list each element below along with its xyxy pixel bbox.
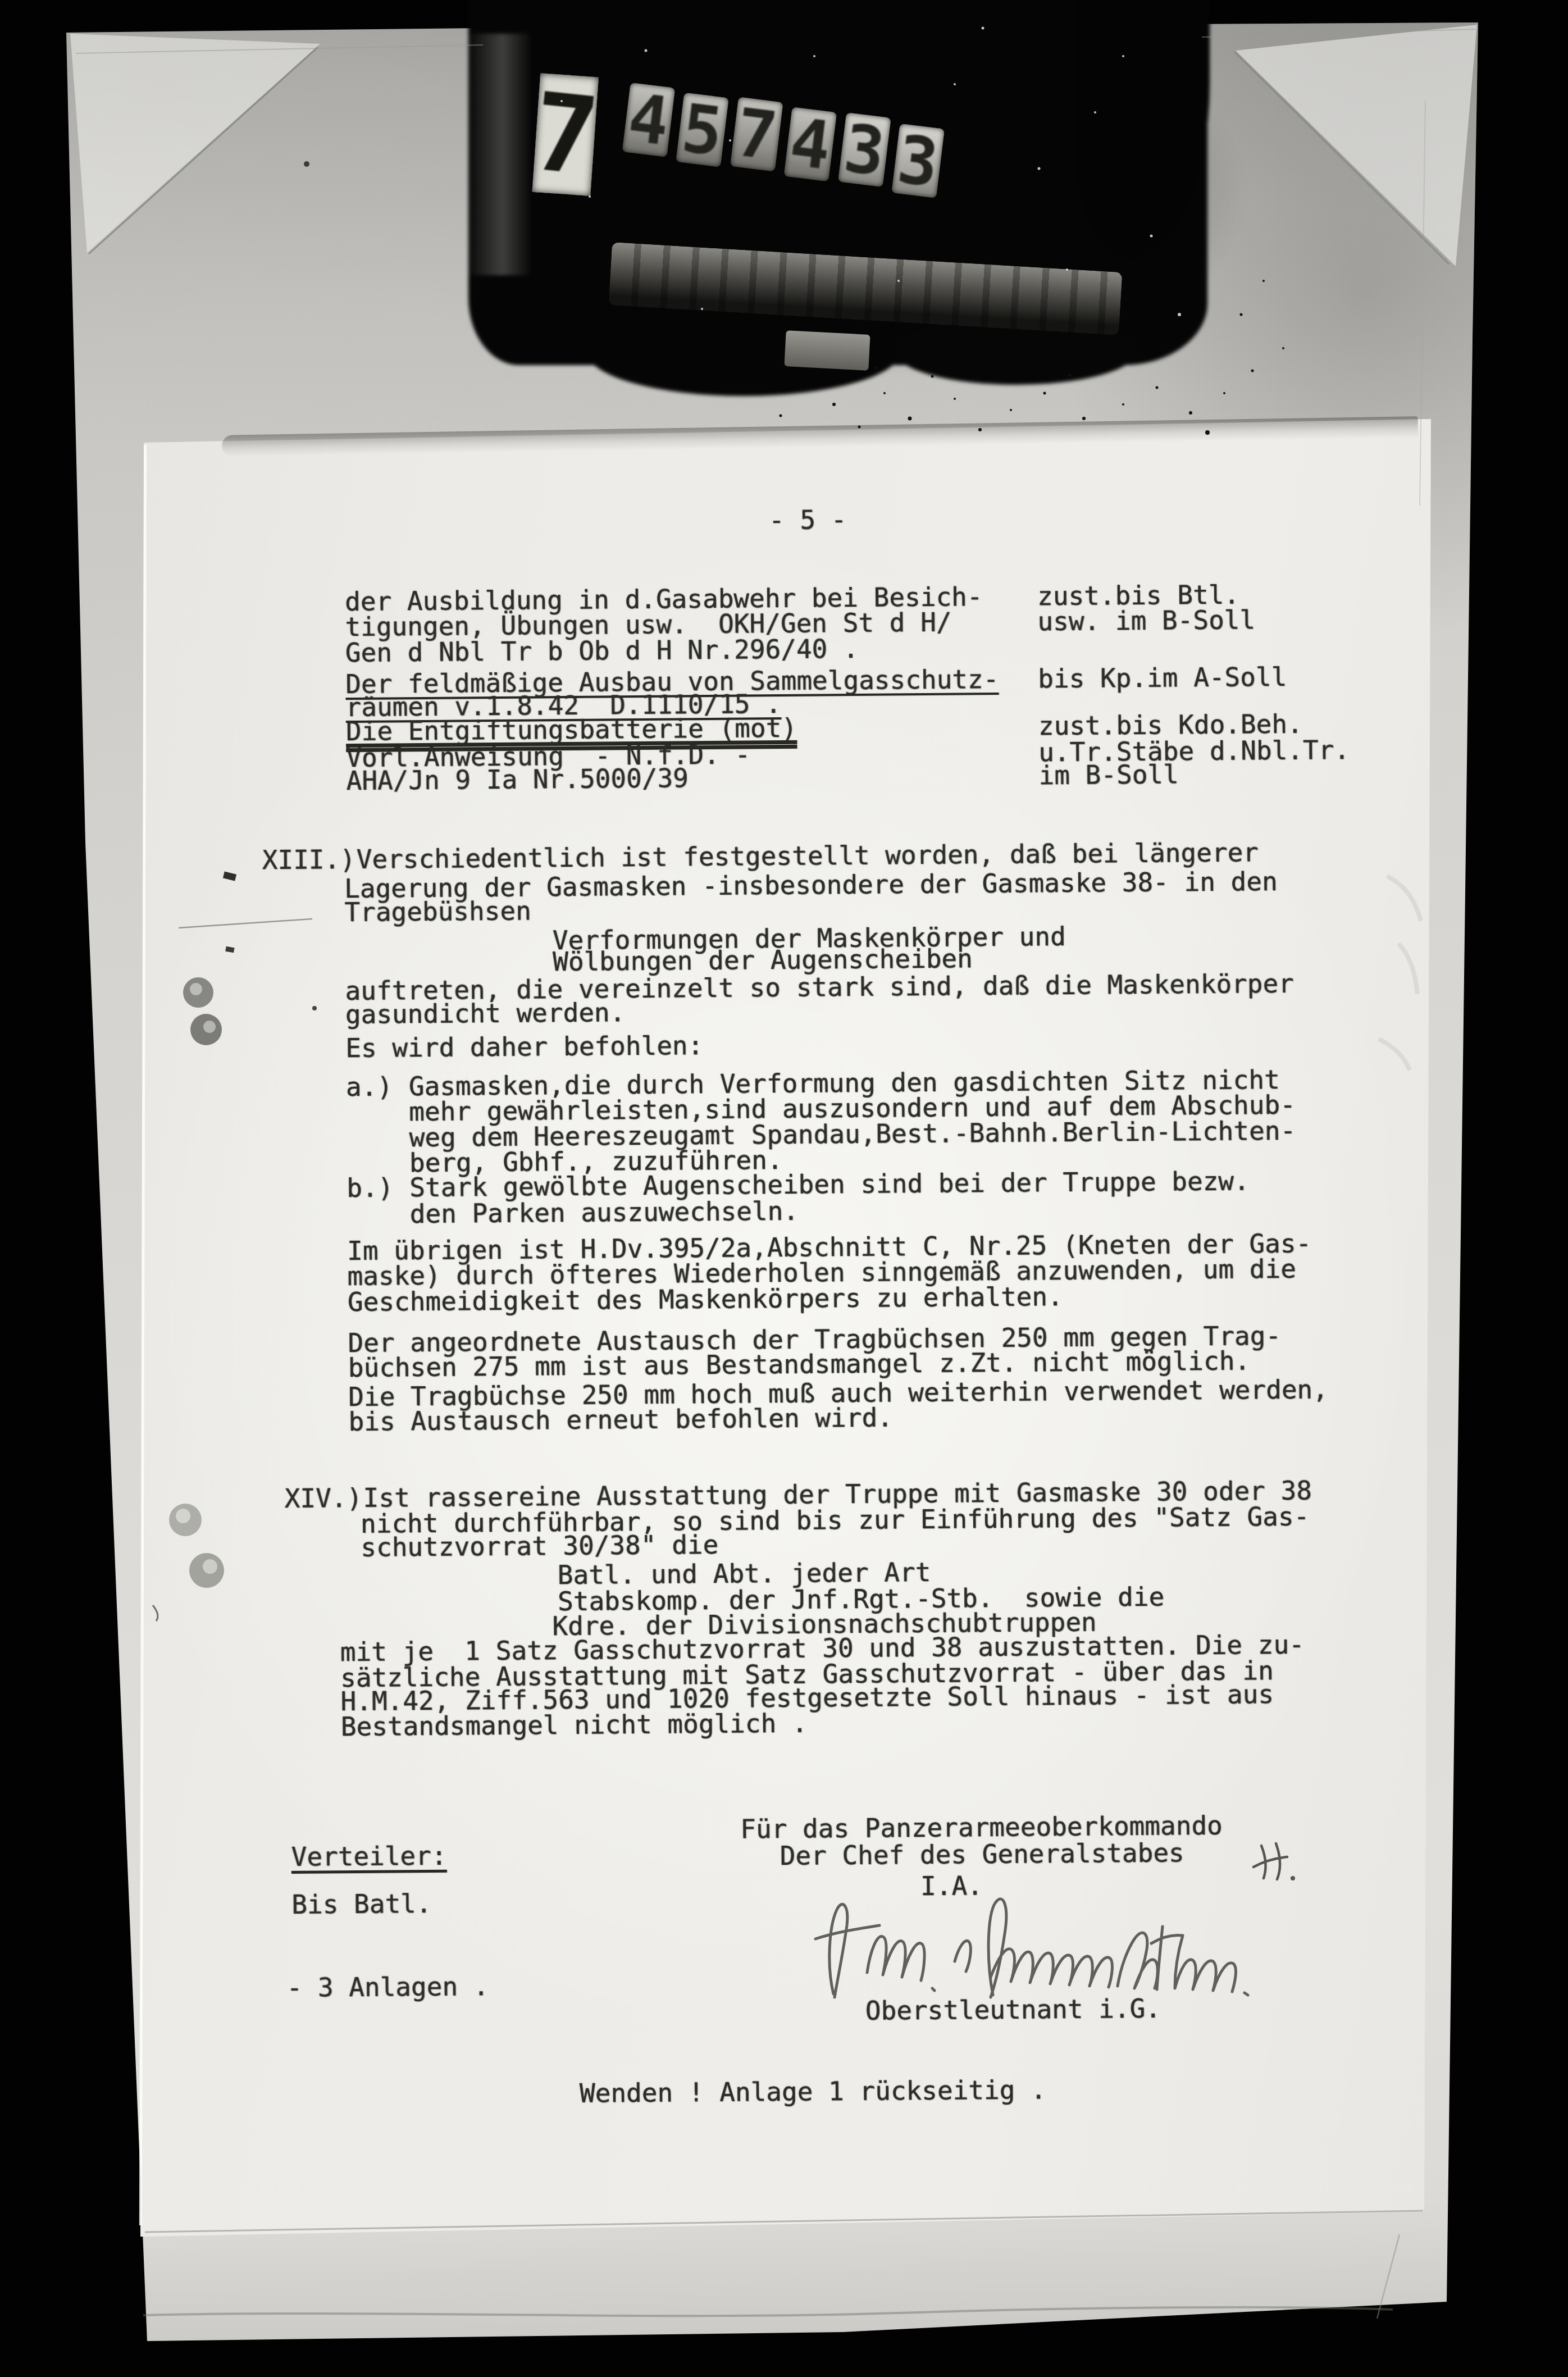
punch-mark-highlight (203, 1559, 217, 1574)
punch-mark-highlight (190, 983, 202, 995)
ink-mark (223, 872, 236, 881)
ink-speck (304, 161, 309, 167)
sheet-bottom-edge (145, 2211, 1423, 2232)
bleed-through (1379, 876, 1421, 1070)
punch-mark-highlight (176, 1509, 190, 1523)
ink-mark (153, 1605, 158, 1621)
punch-mark-highlight (203, 1021, 216, 1033)
signature (815, 1899, 1248, 1997)
crease-line (1377, 2234, 1400, 2319)
dust-specks (749, 280, 1284, 435)
photographed-document: - 5 - der Ausbildung in d.Gasabwehr bei … (0, 0, 1568, 2377)
fold-corner-top-left (70, 34, 320, 253)
scan-artifacts (0, 0, 1568, 2377)
ink-mark (225, 946, 234, 953)
white-specks (560, 27, 1181, 317)
handwritten-initials (1254, 1843, 1295, 1880)
paper-edge-line (143, 2307, 1393, 2316)
fold-corner-top-right (1236, 25, 1477, 266)
ink-speck (312, 1006, 317, 1010)
scratch-mark (179, 919, 312, 928)
